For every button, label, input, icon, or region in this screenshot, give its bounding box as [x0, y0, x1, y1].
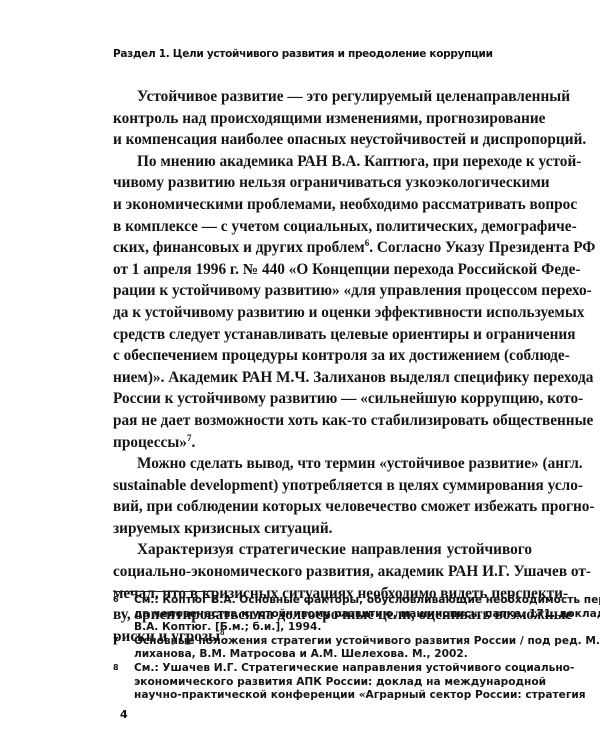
- text-line: По мнению академика РАН В.А. Каптюга, пр…: [113, 151, 532, 173]
- text-fragment: процессы»: [113, 434, 187, 451]
- text-line: чивому развитию нельзя ограничиваться уз…: [113, 172, 532, 194]
- text-line: зируемых кризисных ситуаций.: [113, 518, 532, 540]
- text-line: Устойчивое развитие — это регулируемый ц…: [113, 86, 532, 108]
- text-line: и экономическими проблемами, необходимо …: [113, 194, 532, 216]
- text-fragment: ских, финансовых и других проблем: [113, 239, 365, 256]
- footnote-8: 8 См.: Ушачев И.Г. Стратегические направ…: [113, 662, 532, 703]
- footnote-separator: [113, 591, 215, 592]
- footnote-line: да человечества к устойчивому развитию, …: [134, 608, 532, 622]
- footnote-7: 7 Основные положения стратегии устойчиво…: [113, 635, 532, 662]
- footnote-line: Основные положения стратегии устойчивого…: [134, 635, 532, 649]
- text-line: социально-экономического развития, акаде…: [113, 561, 532, 583]
- text-line: от 1 апреля 1996 г. № 440 «О Концепции п…: [113, 259, 532, 281]
- text-line: Характеризуя стратегические направления …: [113, 539, 532, 561]
- paragraph-3: Можно сделать вывод, что термин «устойчи…: [113, 453, 532, 539]
- text-line-with-footnote-ref: ских, финансовых и других проблем6. Согл…: [113, 237, 532, 259]
- footnote-line: научно-практической конференции «Аграрны…: [134, 689, 532, 703]
- text-line: sustainable development) употребляется в…: [113, 475, 532, 497]
- text-line: и компенсация наиболее опасных неустойчи…: [113, 129, 532, 151]
- text-line: в комплексе — с учетом социальных, полит…: [113, 216, 532, 238]
- paragraph-1: Устойчивое развитие — это регулируемый ц…: [113, 86, 532, 151]
- text-line: России к устойчивому развитию — «сильней…: [113, 388, 532, 410]
- body-text: Устойчивое развитие — это регулируемый ц…: [113, 86, 532, 647]
- text-line: с обеспечением процедуры контроля за их …: [113, 345, 532, 367]
- footnote-line: лиханова, В.М. Матросова и А.М. Шелехова…: [134, 648, 532, 662]
- text-line: вий, при соблюдении которых человечество…: [113, 496, 532, 518]
- text-fragment: .: [191, 434, 195, 451]
- text-line: нием)». Академик РАН М.Ч. Залиханов выде…: [113, 367, 532, 389]
- text-line: средств следует устанавливать целевые ор…: [113, 324, 532, 346]
- footnote-line: В.А. Коптюг. [Б.м.; б.и.], 1994.: [134, 621, 532, 635]
- footnote-line: См.: Ушачев И.Г. Стратегические направле…: [134, 662, 532, 676]
- text-line-with-footnote-ref: процессы»7.: [113, 432, 532, 454]
- text-fragment: . Согласно Указу Президента РФ: [369, 239, 595, 256]
- footnote-number: 7: [113, 634, 119, 648]
- footnote-line: экономического развития АПК России: докл…: [134, 676, 532, 690]
- footnote-6: 6 См.: Коптюг В.А. Основные факторы, обу…: [113, 594, 532, 635]
- text-line: да к устойчивому развитию и оценки эффек…: [113, 302, 532, 324]
- footnotes: 6 См.: Коптюг В.А. Основные факторы, обу…: [113, 594, 532, 703]
- text-line: рации к устойчивому развитию» «для управ…: [113, 280, 532, 302]
- paragraph-2: По мнению академика РАН В.А. Каптюга, пр…: [113, 151, 532, 453]
- footnote-line: См.: Коптюг В.А. Основные факторы, обусл…: [134, 594, 532, 608]
- text-line: контроль над происходящими изменениями, …: [113, 108, 532, 130]
- text-line: рая не дает возможности хоть как-то стаб…: [113, 410, 532, 432]
- footnote-number: 6: [113, 593, 119, 607]
- running-head: Раздел 1. Цели устойчивого развития и пр…: [113, 48, 493, 60]
- text-line: Можно сделать вывод, что термин «устойчи…: [113, 453, 532, 475]
- page-number: 4: [120, 708, 128, 721]
- footnote-number: 8: [113, 661, 119, 675]
